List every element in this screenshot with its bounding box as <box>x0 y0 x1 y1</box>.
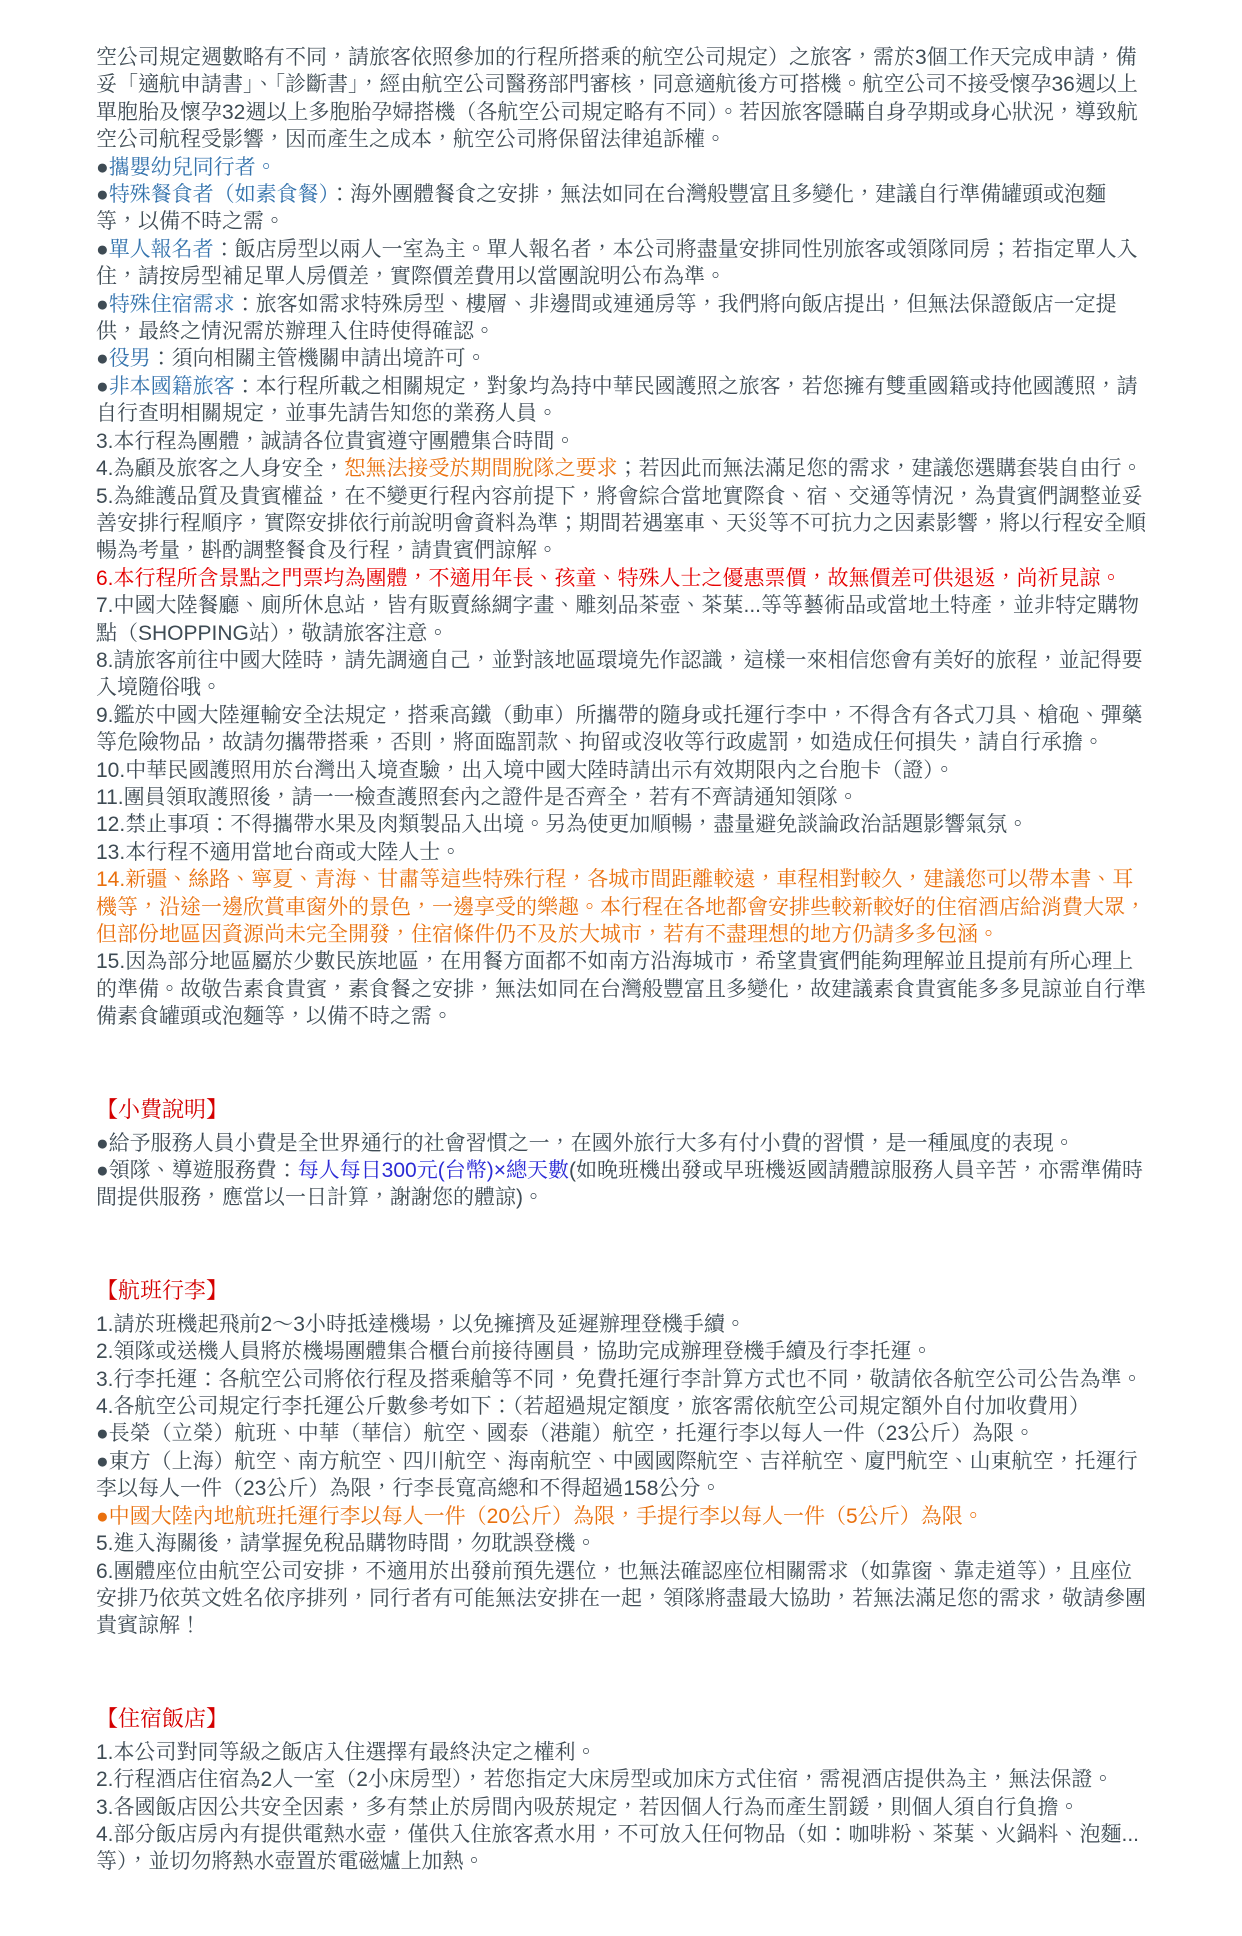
notice-item-4: 4.為顧及旅客之人身安全，恕無法接受於期間脫隊之要求；若因此而無法滿足您的需求，… <box>96 455 1148 482</box>
notice-bullet-special-meal: ●特殊餐食者（如素食餐）：海外團體餐食之安排，無法如同在台灣般豐富且多變化，建議… <box>96 181 1148 236</box>
text-segment: 3.行李托運：各航空公司將依行程及搭乘艙等不同，免費托運行李計算方式也不同，敬請… <box>96 1368 1143 1391</box>
text-segment: ●長榮（立榮）航班、中華（華信）航空、國泰（港龍）航空，托運行李以每人一件（23… <box>96 1422 1035 1445</box>
notice-bullet-foreign-passport: ●非本國籍旅客：本行程所載之相關規定，對象均為持中華民國護照之旅客，若您擁有雙重… <box>96 373 1148 428</box>
text-segment: 4.部分飯店房內有提供電熱水壺，僅供入住旅客煮水用，不可放入任何物品（如：咖啡粉… <box>96 1823 1139 1873</box>
text-segment: ● <box>96 347 109 370</box>
notice-bullet-special-room: ●特殊住宿需求：旅客如需求特殊房型、樓層、非邊間或連通房等，我們將向飯店提出，但… <box>96 291 1148 346</box>
text-segment: ：本行程所載之相關規定，對象均為持中華民國護照之旅客，若您擁有雙重國籍或持他國護… <box>96 375 1138 425</box>
text-segment: 5.進入海關後，請掌握免稅品購物時間，勿耽誤登機。 <box>96 1532 597 1555</box>
tips-bullet-2: ●領隊、導遊服務費：每人每日300元(台幣)×總天數(如晚班機出發或早班機返國請… <box>96 1157 1148 1212</box>
flight-item-6: 6.團體座位由航空公司安排，不適用於出發前預先選位，也無法確認座位相關需求（如靠… <box>96 1558 1148 1640</box>
notice-item-12: 12.禁止事項：不得攜帶水果及肉類製品入出境。另為使更加順暢，盡量避免談論政治話… <box>96 811 1148 838</box>
text-segment: 1.本公司對同等級之飯店入住選擇有最終決定之權利。 <box>96 1741 597 1764</box>
flight-item-5: 5.進入海關後，請掌握免稅品購物時間，勿耽誤登機。 <box>96 1530 1148 1557</box>
text-segment: 5.為維護品質及貴賓權益，在不變更行程內容前提下，將會綜合當地實際食、宿、交通等… <box>96 485 1146 563</box>
notice-item-8: 8.請旅客前往中國大陸時，請先調適自己，並對該地區環境先作認識，這樣一來相信您會… <box>96 647 1148 702</box>
orange-text-segment: ●中國大陸內地航班托運行李以每人一件（20公斤）為限，手提行李以每人一件（5公斤… <box>96 1505 984 1528</box>
term-text-segment: 非本國籍旅客 <box>109 375 235 398</box>
notice-item-11: 11.團員領取護照後，請一一檢查護照套內之證件是否齊全，若有不齊請通知領隊。 <box>96 784 1148 811</box>
text-segment: ● <box>96 238 109 261</box>
text-segment: 3.本行程為團體，誠請各位貴賓遵守團體集合時間。 <box>96 430 576 453</box>
notice-bullet-single-traveler: ●單人報名者：飯店房型以兩人一室為主。單人報名者，本公司將盡量安排同性別旅客或領… <box>96 236 1148 291</box>
text-segment: 4.各航空公司規定行李托運公斤數參考如下：（若超過規定額度，旅客需依航空公司規定… <box>96 1395 1090 1418</box>
text-segment: 2.行程酒店住宿為2人一室（2小床房型），若您指定大床房型或加床方式住宿，需視酒… <box>96 1768 1113 1791</box>
text-segment: 空公司規定週數略有不同，請旅客依照參加的行程所搭乘的航空公司規定）之旅客，需於3… <box>96 46 1138 151</box>
tipblue-text-segment: 每人每日300元(台幣)×總天數 <box>298 1159 569 1182</box>
text-segment: 6.團體座位由航空公司安排，不適用於出發前預先選位，也無法確認座位相關需求（如靠… <box>96 1560 1146 1638</box>
text-segment: ●給予服務人員小費是全世界通行的社會習慣之一，在國外旅行大多有付小費的習慣，是一… <box>96 1132 1075 1155</box>
orange-text-segment: 恕無法接受於期間脫隊之要求 <box>345 457 618 480</box>
text-segment: 4.為顧及旅客之人身安全， <box>96 457 345 480</box>
hotel-item-2: 2.行程酒店住宿為2人一室（2小床房型），若您指定大床房型或加床方式住宿，需視酒… <box>96 1766 1148 1793</box>
text-segment: ● <box>96 375 109 398</box>
notice-item-7: 7.中國大陸餐廳、廁所休息站，皆有販賣絲綢字畫、雕刻品茶壺、茶葉...等等藝術品… <box>96 592 1148 647</box>
hotel-item-3: 3.各國飯店因公共安全因素，多有禁止於房間內吸菸規定，若因個人行為而產生罰鍰，則… <box>96 1794 1148 1821</box>
text-segment: 12.禁止事項：不得攜帶水果及肉類製品入出境。另為使更加順暢，盡量避免談論政治話… <box>96 813 1028 836</box>
text-segment: 9.鑑於中國大陸運輸安全法規定，搭乘高鐵（動車）所攜帶的隨身或托運行李中，不得含… <box>96 704 1143 754</box>
flight-item-2: 2.領隊或送機人員將於機場團體集合櫃台前接待團員，協助完成辦理登機手續及行李托運… <box>96 1338 1148 1365</box>
text-segment: 10.中華民國護照用於台灣出入境查驗，出入境中國大陸時請出示有效期限內之台胞卡（… <box>96 759 955 782</box>
page: { "document": { "title_hint": "travel-it… <box>0 0 1242 1936</box>
text-segment: ● <box>96 293 109 316</box>
term-text-segment: 特殊餐食者（如素食餐） <box>109 183 330 206</box>
notice-bullet-military: ●役男：須向相關主管機關申請出境許可。 <box>96 345 1148 372</box>
notice-item-13: 13.本行程不適用當地台商或大陸人士。 <box>96 839 1148 866</box>
text-segment: 13.本行程不適用當地台商或大陸人士。 <box>96 841 461 864</box>
notice-item-5: 5.為維護品質及貴賓權益，在不變更行程內容前提下，將會綜合當地實際食、宿、交通等… <box>96 483 1148 565</box>
notice-item-15: 15.因為部分地區屬於少數民族地區，在用餐方面都不如南方沿海城市，希望貴賓們能夠… <box>96 948 1148 1030</box>
orange-text-segment: 14.新疆、絲路、寧夏、青海、甘肅等這些特殊行程，各城市間距離較遠，車程相對較久… <box>96 868 1146 946</box>
text-segment: 3.各國飯店因公共安全因素，多有禁止於房間內吸菸規定，若因個人行為而產生罰鍰，則… <box>96 1796 1080 1819</box>
text-segment: 2.領隊或送機人員將於機場團體集合櫃台前接待團員，協助完成辦理登機手續及行李托運… <box>96 1340 933 1363</box>
term-text-segment: 特殊住宿需求 <box>109 293 235 316</box>
text-segment: 11.團員領取護照後，請一一檢查護照套內之證件是否齊全，若有不齊請通知領隊。 <box>96 786 859 809</box>
section-heading-tips: 【小費說明】 <box>96 1095 1148 1125</box>
flight-bullet-domestic-china: ●中國大陸內地航班托運行李以每人一件（20公斤）為限，手提行李以每人一件（5公斤… <box>96 1503 1148 1530</box>
hotel-item-1: 1.本公司對同等級之飯店入住選擇有最終決定之權利。 <box>96 1739 1148 1766</box>
flight-bullet-eva-china-cathay: ●長榮（立榮）航班、中華（華信）航空、國泰（港龍）航空，托運行李以每人一件（23… <box>96 1420 1148 1447</box>
text-segment: 8.請旅客前往中國大陸時，請先調適自己，並對該地區環境先作認識，這樣一來相信您會… <box>96 649 1143 699</box>
flight-item-3: 3.行李托運：各航空公司將依行程及搭乘艙等不同，免費托運行李計算方式也不同，敬請… <box>96 1366 1148 1393</box>
heading-text-segment: 【住宿飯店】 <box>96 1706 228 1731</box>
text-segment: 1.請於班機起飛前2～3小時抵達機場，以免擁擠及延遲辦理登機手續。 <box>96 1313 746 1336</box>
text-segment: ：飯店房型以兩人一室為主。單人報名者，本公司將盡量安排同性別旅客或領隊同房；若指… <box>96 238 1138 288</box>
flight-item-4: 4.各航空公司規定行李托運公斤數參考如下：（若超過規定額度，旅客需依航空公司規定… <box>96 1393 1148 1420</box>
document-content: 空公司規定週數略有不同，請旅客依照參加的行程所搭乘的航空公司規定）之旅客，需於3… <box>0 0 1242 1936</box>
term-text-segment: 單人報名者 <box>109 238 214 261</box>
red-text-segment: 6.本行程所含景點之門票均為團體，不適用年長、孩童、特殊人士之優惠票價，故無價差… <box>96 567 1122 590</box>
text-segment: ：旅客如需求特殊房型、樓層、非邊間或連通房等，我們將向飯店提出，但無法保證飯店一… <box>96 293 1117 343</box>
notice-paragraph-continuation: 空公司規定週數略有不同，請旅客依照參加的行程所搭乘的航空公司規定）之旅客，需於3… <box>96 44 1148 154</box>
text-segment: ● <box>96 156 109 179</box>
notice-item-14: 14.新疆、絲路、寧夏、青海、甘肅等這些特殊行程，各城市間距離較遠，車程相對較久… <box>96 866 1148 948</box>
section-heading-flight-baggage: 【航班行李】 <box>96 1276 1148 1306</box>
text-segment: 7.中國大陸餐廳、廁所休息站，皆有販賣絲綢字畫、雕刻品茶壺、茶葉...等等藝術品… <box>96 594 1139 644</box>
term-text-segment: 攜嬰幼兒同行者。 <box>109 156 277 179</box>
text-segment: 15.因為部分地區屬於少數民族地區，在用餐方面都不如南方沿海城市，希望貴賓們能夠… <box>96 950 1146 1028</box>
section-heading-hotel: 【住宿飯店】 <box>96 1704 1148 1734</box>
notice-bullet-infant: ●攜嬰幼兒同行者。 <box>96 154 1148 181</box>
text-segment: ●東方（上海）航空、南方航空、四川航空、海南航空、中國國際航空、吉祥航空、廈門航… <box>96 1450 1138 1500</box>
text-segment: ；若因此而無法滿足您的需求，建議您選購套裝自由行。 <box>618 457 1143 480</box>
text-segment: ：須向相關主管機關申請出境許可。 <box>151 347 487 370</box>
notice-item-9: 9.鑑於中國大陸運輸安全法規定，搭乘高鐵（動車）所攜帶的隨身或托運行李中，不得含… <box>96 702 1148 757</box>
term-text-segment: 役男 <box>109 347 151 370</box>
hotel-item-4: 4.部分飯店房內有提供電熱水壺，僅供入住旅客煮水用，不可放入任何物品（如：咖啡粉… <box>96 1821 1148 1876</box>
text-segment: ● <box>96 183 109 206</box>
flight-item-1: 1.請於班機起飛前2～3小時抵達機場，以免擁擠及延遲辦理登機手續。 <box>96 1311 1148 1338</box>
text-segment: ●領隊、導遊服務費： <box>96 1159 298 1182</box>
heading-text-segment: 【航班行李】 <box>96 1278 228 1303</box>
notice-item-6: 6.本行程所含景點之門票均為團體，不適用年長、孩童、特殊人士之優惠票價，故無價差… <box>96 565 1148 592</box>
flight-bullet-china-eastern-etc: ●東方（上海）航空、南方航空、四川航空、海南航空、中國國際航空、吉祥航空、廈門航… <box>96 1448 1148 1503</box>
notice-item-10: 10.中華民國護照用於台灣出入境查驗，出入境中國大陸時請出示有效期限內之台胞卡（… <box>96 757 1148 784</box>
heading-text-segment: 【小費說明】 <box>96 1097 228 1122</box>
notice-item-3: 3.本行程為團體，誠請各位貴賓遵守團體集合時間。 <box>96 428 1148 455</box>
tips-bullet-1: ●給予服務人員小費是全世界通行的社會習慣之一，在國外旅行大多有付小費的習慣，是一… <box>96 1130 1148 1157</box>
